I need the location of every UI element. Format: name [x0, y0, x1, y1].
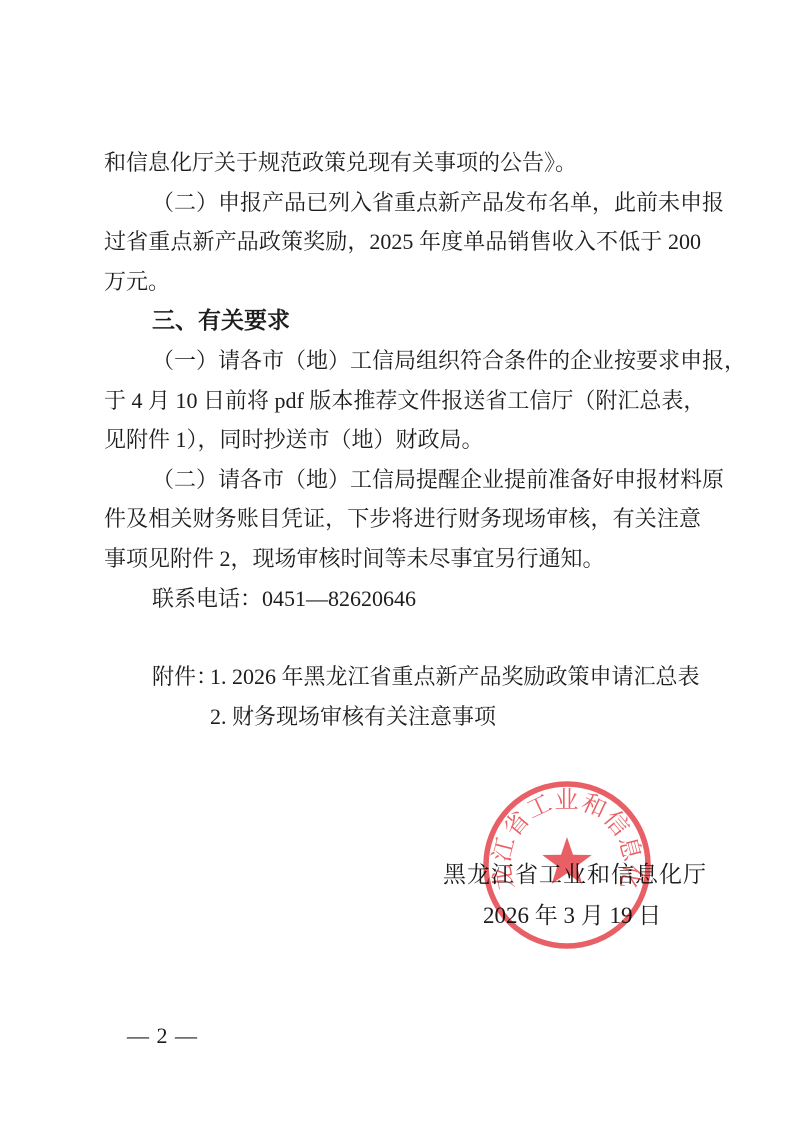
signature-date: 2026 年 3 月 19 日	[483, 901, 661, 931]
attachments-label: 附件：	[152, 657, 218, 697]
body-line: 万元。	[104, 262, 701, 302]
body-line: （一）请各市（地）工信局组织符合条件的企业按要求申报，	[104, 341, 701, 381]
body-line: （二）申报产品已列入省重点新产品发布名单，此前未申报	[104, 183, 701, 223]
body-line: 和信息化厅关于规范政策兑现有关事项的公告》。	[104, 143, 701, 183]
body-line: 过省重点新产品政策奖励，2025 年度单品销售收入不低于 200	[104, 222, 701, 262]
attachment-item: 1. 2026 年黑龙江省重点新产品奖励政策申请汇总表	[210, 657, 700, 697]
body-line: 见附件 1），同时抄送市（地）财政局。	[104, 420, 701, 460]
body-line: 件及相关财务账目凭证，下步将进行财务现场审核，有关注意	[104, 499, 701, 539]
body-line: 于 4 月 10 日前将 pdf 版本推荐文件报送省工信厅（附汇总表，	[104, 381, 701, 421]
document-page: 和信息化厅关于规范政策兑现有关事项的公告》。 （二）申报产品已列入省重点新产品发…	[0, 0, 793, 1121]
document-body: 和信息化厅关于规范政策兑现有关事项的公告》。 （二）申报产品已列入省重点新产品发…	[104, 143, 701, 618]
contact-phone-line: 联系电话：0451—82620646	[104, 579, 701, 619]
section-heading: 三、有关要求	[104, 301, 701, 341]
page-number: — 2 —	[127, 1020, 198, 1052]
signature-agency-name: 黑龙江省工业和信息化厅	[443, 860, 707, 890]
body-line: 事项见附件 2，现场审核时间等未尽事宜另行通知。	[104, 539, 701, 579]
body-line: （二）请各市（地）工信局提醒企业提前准备好申报材料原	[104, 460, 701, 500]
attachment-item: 2. 财务现场审核有关注意事项	[210, 697, 496, 737]
